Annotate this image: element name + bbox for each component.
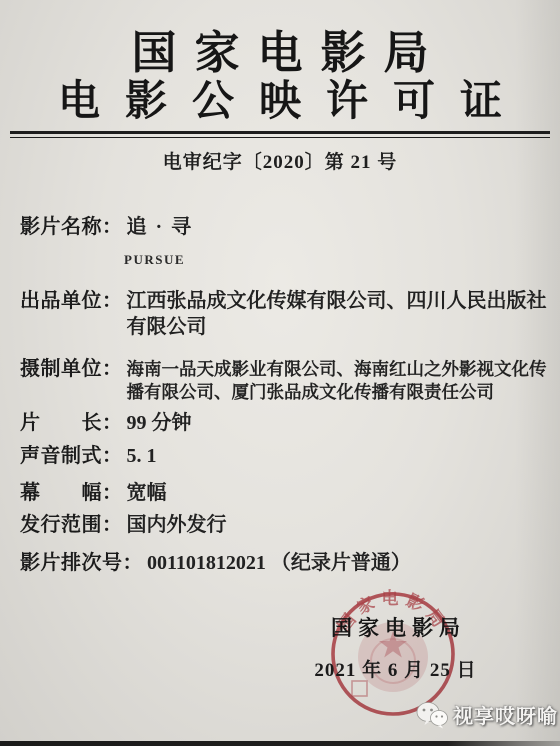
field-row-screen-format: 幕 幅： 宽幅 <box>0 480 560 506</box>
field-label: 片 长： <box>20 410 123 436</box>
field-label: 声音制式： <box>20 443 123 469</box>
field-value: 海南一品天成影业有限公司、海南红山之外影视文化传播有限公司、厦门张品成文化传播有… <box>127 358 555 404</box>
field-value: 001101812021 （纪录片普通） <box>147 550 411 576</box>
page-subtitle: 电影公映许可证 <box>0 80 560 125</box>
field-row-sound-format: 声音制式： 5. 1 <box>0 443 560 469</box>
signature-block: 国家电影局 2021 年 6 月 25 日 <box>288 612 503 682</box>
field-label: 影片名称： <box>20 214 123 240</box>
field-row-film-serial-number: 影片排次号： 001101812021 （纪录片普通） <box>0 550 560 576</box>
field-row-runtime: 片 长： 99 分钟 <box>0 410 560 436</box>
permit-number: 电审纪字〔2020〕第 21 号 <box>0 147 560 174</box>
field-value: 追 · 寻 <box>127 214 194 240</box>
field-row-film-name: 影片名称： 追 · 寻 <box>0 214 560 240</box>
field-value: 99 分钟 <box>127 410 192 436</box>
issuer-name: 国家电影局 <box>288 612 503 642</box>
field-value: 宽幅 <box>127 480 167 506</box>
double-rule-divider <box>10 131 550 138</box>
watermark-text: 视享哎呀喻 <box>453 700 558 729</box>
field-row-distribution-scope: 发行范围： 国内外发行 <box>0 512 560 538</box>
photo-bottom-edge <box>0 741 560 746</box>
field-value: 国内外发行 <box>127 512 227 538</box>
film-permit-document: 国家电影局 电影公映许可证 电审纪字〔2020〕第 21 号 影片名称： 追 ·… <box>0 0 560 746</box>
field-value: 江西张品成文化传媒有限公司、四川人民出版社有限公司 <box>127 288 555 340</box>
field-row-filming-company: 摄制单位： 海南一品天成影业有限公司、海南红山之外影视文化传播有限公司、厦门张品… <box>0 356 560 404</box>
page-title: 国家电影局 <box>0 30 560 78</box>
field-value: 5. 1 <box>127 443 157 469</box>
field-label: 摄制单位： <box>20 356 123 382</box>
field-label: 影片排次号： <box>20 550 143 576</box>
issue-date: 2021 年 6 月 25 日 <box>288 655 503 682</box>
seal-inner-stamp-box <box>352 681 367 696</box>
field-row-production-company: 出品单位： 江西张品成文化传媒有限公司、四川人民出版社有限公司 <box>0 288 560 340</box>
field-label: 幕 幅： <box>20 480 123 506</box>
field-label: 发行范围： <box>20 512 123 538</box>
film-name-english: PURSUE <box>124 252 560 268</box>
field-label: 出品单位： <box>20 288 123 314</box>
wechat-icon <box>416 701 448 729</box>
channel-watermark: 视享哎呀喻 <box>416 700 558 729</box>
permit-fields: 影片名称： 追 · 寻 PURSUE 出品单位： 江西张品成文化传媒有限公司、四… <box>0 214 560 576</box>
